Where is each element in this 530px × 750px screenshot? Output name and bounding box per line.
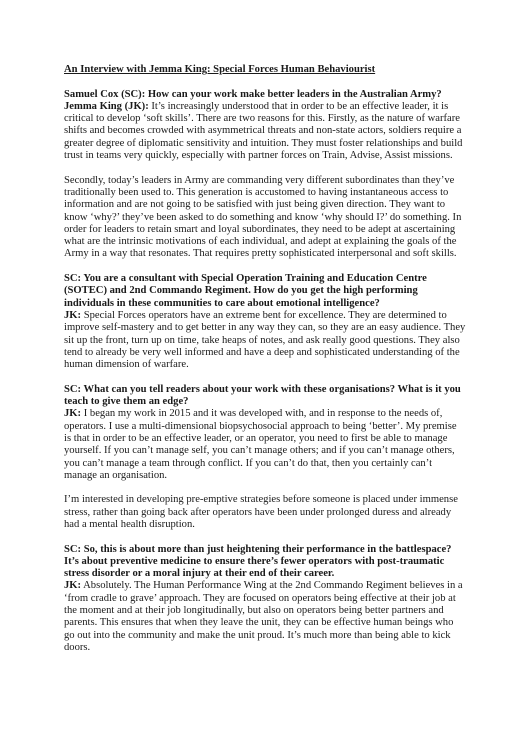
question-text: So, this is about more than just heighte… xyxy=(64,544,451,580)
qa-section: Samuel Cox (SC): How can your work make … xyxy=(64,89,466,163)
question-text: How can your work make better leaders in… xyxy=(145,89,442,100)
qa-section: SC: So, this is about more than just hei… xyxy=(64,544,466,655)
question: Samuel Cox (SC): How can your work make … xyxy=(64,89,466,101)
qa-section: SC: You are a consultant with Special Op… xyxy=(64,273,466,371)
answer-speaker: JK: xyxy=(64,580,81,591)
question-text: What can you tell readers about your wor… xyxy=(64,384,461,407)
answer-text: Special Forces operators have an extreme… xyxy=(64,310,465,370)
question: SC: So, this is about more than just hei… xyxy=(64,544,466,581)
answer-text: Absolutely. The Human Performance Wing a… xyxy=(64,580,463,652)
answer-paragraph: I’m interested in developing pre-emptive… xyxy=(64,494,466,531)
question-text: You are a consultant with Special Operat… xyxy=(64,273,427,309)
question: SC: What can you tell readers about your… xyxy=(64,384,466,409)
answer-speaker: JK: xyxy=(64,408,81,419)
document-page: An Interview with Jemma King: Special Fo… xyxy=(64,64,466,667)
answer-speaker: Jemma King (JK): xyxy=(64,101,149,112)
document-title: An Interview with Jemma King: Special Fo… xyxy=(64,64,466,76)
question-speaker: Samuel Cox (SC): xyxy=(64,89,145,100)
question-speaker: SC: xyxy=(64,384,81,395)
question-speaker: SC: xyxy=(64,273,81,284)
answer: JK: I began my work in 2015 and it was d… xyxy=(64,408,466,482)
question-speaker: SC: xyxy=(64,544,81,555)
answer-paragraph: Secondly, today’s leaders in Army are co… xyxy=(64,175,466,261)
answer-speaker: JK: xyxy=(64,310,81,321)
answer: Jemma King (JK): It’s increasingly under… xyxy=(64,101,466,162)
answer: JK: Absolutely. The Human Performance Wi… xyxy=(64,580,466,654)
answer: JK: Special Forces operators have an ext… xyxy=(64,310,466,371)
qa-section: SC: What can you tell readers about your… xyxy=(64,384,466,482)
question: SC: You are a consultant with Special Op… xyxy=(64,273,466,310)
answer-text: I began my work in 2015 and it was devel… xyxy=(64,408,457,480)
